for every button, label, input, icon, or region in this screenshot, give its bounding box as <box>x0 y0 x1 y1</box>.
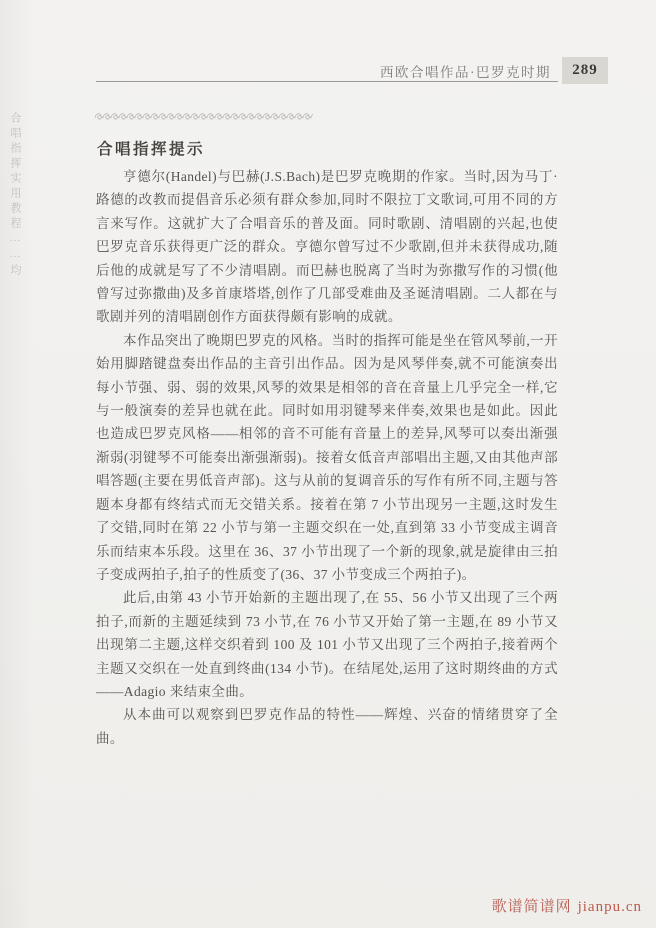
section-heading: 合唱指挥提示 <box>97 137 205 159</box>
watermark-site-url: jianpu.cn <box>578 899 642 915</box>
paragraph: 从本曲可以观察到巴罗克作品的特性——辉煌、兴奋的情绪贯穿了全曲。 <box>96 703 558 750</box>
watermark-site-name: 歌谱简谱网 <box>492 899 572 915</box>
page-number-badge: 289 <box>562 57 608 84</box>
article-body: 亨德尔(Handel)与巴赫(J.S.Bach)是巴罗克晚期的作家。当时,因为马… <box>96 165 558 750</box>
paragraph: 亨德尔(Handel)与巴赫(J.S.Bach)是巴罗克晚期的作家。当时,因为马… <box>96 165 558 329</box>
book-page: 西欧合唱作品·巴罗克时期 289 合唱指挥实用教程……均 合唱指挥提示 亨德尔(… <box>0 0 656 928</box>
running-head: 西欧合唱作品·巴罗克时期 289 <box>96 57 608 84</box>
header-rule <box>96 81 558 82</box>
spine-title: 合唱指挥实用教程……均 <box>5 112 25 279</box>
paragraph: 此后,由第 43 小节开始新的主题出现了,在 55、56 小节又出现了三个两拍子… <box>96 586 558 703</box>
watermark: 歌谱简谱网jianpu.cn <box>492 895 642 916</box>
paragraph: 本作品突出了晚期巴罗克的风格。当时的指挥可能是坐在管风琴前,一开始用脚踏键盘奏出… <box>96 329 558 586</box>
scroll-ornament-icon <box>95 110 313 123</box>
running-title: 西欧合唱作品·巴罗克时期 <box>380 61 551 81</box>
